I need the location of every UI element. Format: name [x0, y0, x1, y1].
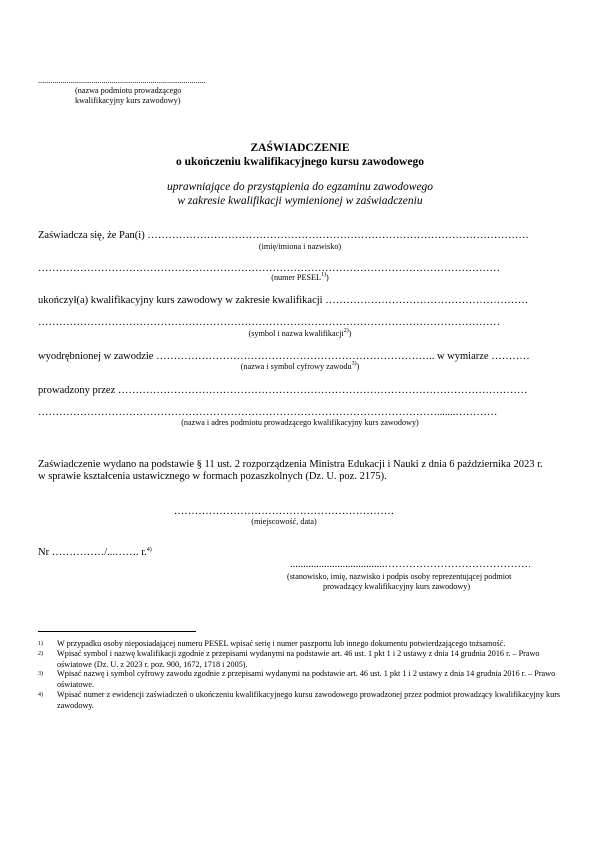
legal-basis-line-2: w sprawie kształcenia ustawicznego w for…	[38, 471, 387, 482]
org-caption-line-2: kwalifikacyjny kurs zawodowy)	[75, 96, 181, 105]
signature-caption-line-2: prowadzący kwalifikacyjny kurs zawodowy)	[323, 582, 470, 591]
pesel-caption: (numer PESEL1))	[0, 273, 600, 282]
footnote-number: 4)	[38, 690, 43, 701]
footnote-number: 2)	[38, 649, 43, 660]
footnote-ref-4: 4)	[147, 547, 152, 553]
provider-field-2[interactable]: ……………………………………………………………………………………………………..…	[38, 407, 530, 418]
provider-row: prowadzony przez ………………………………………………………………	[38, 385, 528, 396]
footnote-ref-1: 1)	[321, 272, 326, 278]
course-row: ukończył(a) kwalifikacyjny kurs zawodowy…	[38, 295, 528, 306]
qualification-field-1[interactable]: …………………………………………………………	[325, 295, 528, 306]
profession-caption: (nazwa i symbol cyfrowy zawodu3))	[0, 362, 600, 371]
profession-label: wyodrębnionej w zawodzie	[38, 351, 156, 362]
footnote-number: 1)	[38, 639, 43, 650]
footnote-text: Wpisać numer z ewidencji zaświadczeń o u…	[57, 690, 562, 711]
certify-label: Zaświadcza się, że Pan(i)	[38, 230, 147, 241]
full-name-field[interactable]: …………………………………………………………………………………………………	[147, 230, 528, 241]
document-title: ZAŚWIADCZENIE	[0, 142, 600, 154]
hours-label: w wymiarze	[434, 351, 491, 362]
footnote-text: Wpisać symbol i nazwę kwalifikacji zgodn…	[57, 649, 562, 670]
signature-field[interactable]: ....................................……………	[290, 559, 530, 570]
certificate-number-field[interactable]: Nr ……………/...……. r.4)	[38, 547, 152, 558]
provider-label: prowadzony przez	[38, 385, 118, 396]
qualification-caption: (symbol i nazwa kwalifikacji2))	[0, 329, 600, 338]
footnote-text: W przypadku osoby nieposiadającej numeru…	[57, 639, 562, 650]
qualification-field-2[interactable]: ……………………………………………………………………………………………………………	[38, 317, 528, 328]
qualification-caption-text: (symbol i nazwa kwalifikacji	[249, 329, 344, 338]
hours-field[interactable]: …………..	[491, 351, 530, 362]
footnote-ref-3: 3)	[352, 361, 357, 367]
org-caption-line-1: (nazwa podmiotu prowadzącego	[75, 86, 181, 95]
provider-field-1[interactable]: ……………………………………………………………………………………………………………	[118, 385, 528, 396]
course-label: ukończył(a) kwalifikacyjny kurs zawodowy…	[38, 295, 325, 306]
pesel-caption-text: (numer PESEL	[271, 273, 321, 282]
signature-caption-line-1: (stanowisko, imię, nazwisko i podpis oso…	[287, 572, 511, 581]
footnote-number: 3)	[38, 669, 43, 680]
certificate-number-text: Nr ……………/...……. r.	[38, 547, 147, 558]
profession-caption-text: (nazwa i symbol cyfrowy zawodu	[241, 362, 352, 371]
document-subtitle: o ukończeniu kwalifikacyjnego kursu zawo…	[0, 156, 600, 168]
legal-basis-line-1: Zaświadczenie wydano na podstawie § 11 u…	[38, 459, 543, 470]
full-name-caption: (imię/imiona i nazwisko)	[0, 242, 600, 251]
place-date-caption: (miejscowość, data)	[0, 517, 568, 526]
provider-caption: (nazwa i adres podmiotu prowadzącego kwa…	[0, 418, 600, 427]
profession-field[interactable]: ……………………………………………………………………..	[156, 351, 434, 362]
document-purpose-line-1: uprawniające do przystąpienia do egzamin…	[0, 181, 600, 193]
certify-name-row: Zaświadcza się, że Pan(i) ………………………………………	[38, 230, 528, 241]
document-purpose-line-2: w zakresie kwalifikacji wymienionej w za…	[0, 195, 600, 207]
place-date-field[interactable]: ………………………………………………………	[0, 506, 568, 517]
footnote-separator	[38, 631, 196, 632]
org-name-field[interactable]: ........................................…	[38, 76, 206, 85]
footnote-ref-2: 2)	[344, 328, 349, 334]
profession-row: wyodrębnionej w zawodzie …………………………………………	[38, 351, 530, 362]
footnote-text: Wpisać nazwę i symbol cyfrowy zawodu zgo…	[57, 669, 562, 690]
